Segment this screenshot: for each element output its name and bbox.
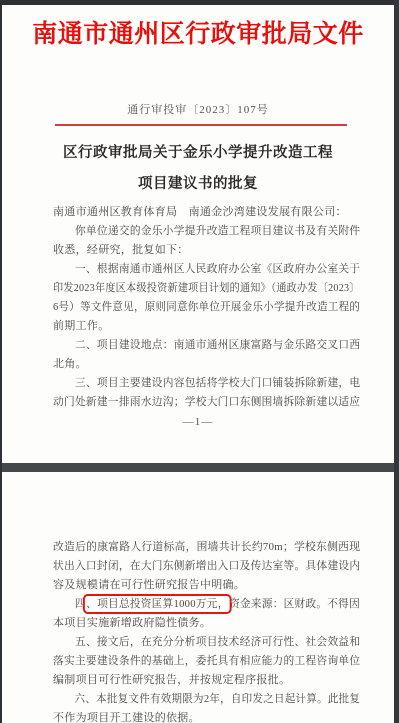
viewer-frame-top — [0, 0, 399, 5]
header-divider-rule — [55, 124, 347, 126]
text-line: 编制项目可行性研究报告，并按规定程序报批。 — [53, 671, 360, 690]
page1-body: 南通市通州区教育体育局 南通金沙湾建设发展有限公司： 你单位递交的金乐小学提升改… — [53, 203, 360, 412]
page2-body: 改造后的康富路人行道标高，围墙共计长约70m；学校东侧西现状出入口封闭，在大门东… — [53, 472, 360, 723]
text-line: 容及规模请在可行性研究报告中明确。 — [53, 576, 360, 595]
text-line: 收悉，经研究，批复如下： — [53, 241, 360, 260]
text-segment: 四 — [53, 598, 86, 610]
scrollbar[interactable] — [394, 0, 399, 723]
text-line: 你单位递交的金乐小学提升改造工程项目建议书及有关附件 — [53, 222, 351, 241]
text-line: 六、本批复文件有效期限为2年，自印发之日起计算。此批复 — [53, 690, 346, 709]
text-line: 改造后的康富路人行道标高，围墙共计长约70m；学校东侧西现 — [53, 538, 353, 557]
document-header-title: 南通市通州区行政审批局文件 — [2, 15, 394, 55]
page-number: —1— — [2, 416, 394, 428]
text-line: 二、项目建设地点：南通市通州区康富路与金乐路交叉口西 — [53, 336, 351, 355]
text-line: 五、接文后，在充分分析项目技术经济可行性、社会效益和 — [53, 633, 351, 652]
text-line: 本项目实施新增政府隐性债务。 — [53, 614, 360, 633]
text-line: 四、项目总投资匡算1000万元，资金来源：区财政。不得因 — [53, 595, 349, 614]
document-title-line1: 区行政审批局关于金乐小学提升改造工程 — [2, 138, 394, 169]
highlight-box: 、项目总投资匡算1000万元， — [83, 594, 231, 614]
page-gap — [0, 463, 399, 472]
text-line: 状出入口封闭，在大门东侧新增出入口及传达室等。具体建设内 — [53, 557, 351, 576]
text-line: 不作为项目开工建设的依据。 — [53, 709, 360, 723]
document-number: 通行审投审〔2023〕107号 — [2, 103, 394, 117]
text-line: 南通市通州区教育体育局 南通金沙湾建设发展有限公司： — [53, 203, 360, 222]
document-title-line2: 项目建议书的批复 — [2, 169, 394, 200]
viewer-frame-left — [0, 0, 2, 723]
text-line: 前期工作。 — [53, 317, 360, 336]
text-line: 6号）等文件意见，原则同意你单位开展金乐小学提升改造工程的 — [53, 298, 346, 317]
text-line: 北角。 — [53, 355, 360, 374]
document-page-2: 改造后的康富路人行道标高，围墙共计长约70m；学校东侧西现状出入口封闭，在大门东… — [2, 472, 394, 723]
text-line: 落实主要建设条件的基础上，委托具有相应能力的工程咨询单位 — [53, 652, 351, 671]
document-page-1: 南通市通州区行政审批局文件 通行审投审〔2023〕107号 区行政审批局关于金乐… — [2, 5, 394, 463]
text-line: 动门处新建一排雨水边沟；学校大门口东侧围墙拆除新建以适应 — [53, 393, 351, 412]
text-line: 一、根据南通市通州区人民政府办公室《区政府办公室关于 — [53, 260, 351, 279]
document-viewer: 南通市通州区行政审批局文件 通行审投审〔2023〕107号 区行政审批局关于金乐… — [0, 0, 399, 723]
text-segment: 资金来源：区财政。不得因 — [229, 598, 360, 610]
text-line: 三、项目主要建设内容包括将学校大门口铺装拆除新建，电 — [53, 374, 351, 393]
text-line: 印发2023年度区本级投资新建项目计划的通知》（通政办发〔2023〕 — [53, 279, 334, 298]
